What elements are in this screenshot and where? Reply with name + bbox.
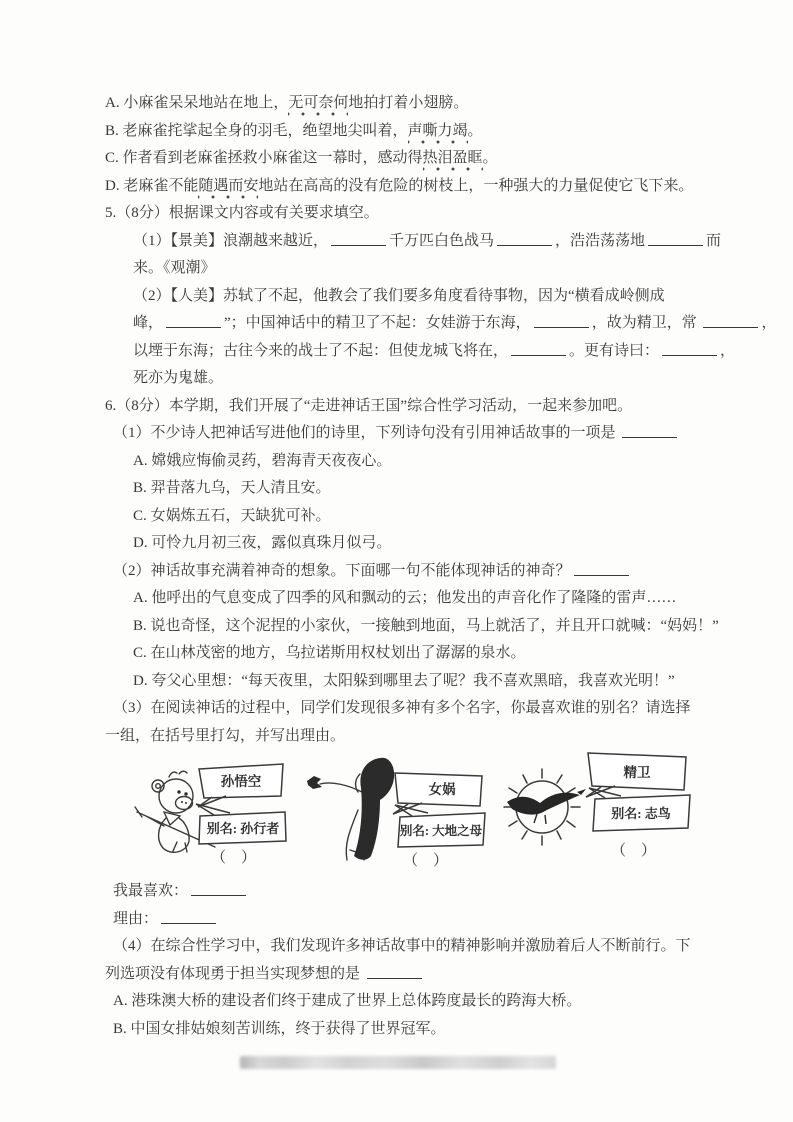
- bird-beak: [577, 789, 586, 795]
- q6-part1-stem: （1）不少诗人把神话写进他们的诗里，下列诗句没有引用神话故事的一项是: [0, 420, 793, 448]
- q6-part1-option-c: C. 女娲炼五石，天缺犹可补。: [0, 503, 793, 531]
- text-run: ，: [720, 343, 735, 359]
- small-bird: [307, 776, 322, 789]
- text-run: ，浩浩荡荡地: [555, 233, 645, 249]
- text-run: B. 中国女排姑娘刻苦训练，终于获得了世界冠军。: [113, 1021, 446, 1037]
- figure-sun-wukong: 孙悟空 别名: 孙行者 （ ）: [133, 750, 303, 879]
- text-run: B. 老麻雀挓挲起全身的羽毛，绝望地尖叫着，: [105, 123, 408, 139]
- text-run: 死亦为鬼雄。: [133, 370, 223, 386]
- q6-part2-stem: （2）神话故事充满着神奇的想象。下面哪一句不能体现神话的神奇？: [0, 558, 793, 586]
- emphasized-text: 热泪盈眶: [423, 150, 483, 172]
- answer-blank: [703, 314, 758, 328]
- sun-wukong-illustration: 孙悟空 别名: 孙行者 （ ）: [133, 750, 303, 874]
- text-run: D. 夸父心里想：“每天夜里，太阳躲到哪里去了呢？我不喜欢黑暗，我喜欢光明！”: [133, 673, 675, 689]
- text-run: （1）【景美】浪潮越来越近，: [133, 233, 328, 249]
- text-run: 地站在高高的没有危险的树枝上，一种强大的力量促使它飞下来。: [258, 178, 693, 194]
- text-run: 我最喜欢：: [113, 883, 188, 899]
- text-run: 。: [468, 123, 483, 139]
- text-run: D. 老麻雀不能: [105, 178, 198, 194]
- figure-name-label: 孙悟空: [221, 773, 262, 789]
- answer-blank: [161, 910, 216, 924]
- check-parentheses: （ ）: [403, 852, 448, 869]
- q5-part2-line4: 死亦为鬼雄。: [0, 365, 793, 393]
- text-run: B. 说也奇怪，这个泥捏的小家伙，一接触到地面，马上就活了，并且开口就喊：“妈妈…: [133, 618, 719, 634]
- figure-name-label: 精卫: [624, 764, 652, 780]
- emphasized-text: 随遇而安: [198, 178, 258, 200]
- check-parentheses: （ ）: [611, 842, 656, 859]
- text-run: C. 在山林茂密的地方，乌拉诺斯用权杖划出了潺潺的泉水。: [133, 645, 526, 661]
- q6-part4-option-a: A. 港珠澳大桥的建设者们终于建成了世界上总体跨度最长的跨海大桥。: [0, 988, 793, 1016]
- text-run: （2）【人美】苏轼了不起，他教会了我们要多角度看待事物，因为“横看成岭侧成: [133, 288, 665, 304]
- nvwa-illustration: 女娲 别名: 大地之母 （ ）: [300, 750, 490, 876]
- text-run: 列选项没有体现勇于担当实现梦想的是: [105, 966, 364, 982]
- text-run: A. 他呼出的气息变成了四季的风和飘动的云；他发出的声音化作了隆隆的雷声……: [133, 590, 676, 606]
- q6-part4-option-b: B. 中国女排姑娘刻苦训练，终于获得了世界冠军。: [0, 1016, 793, 1044]
- answer-blank: [511, 342, 566, 356]
- q6-part4-stem-line1: （4）在综合性学习中，我们发现许多神话故事中的精神影响并激励着后人不断前行。下: [0, 933, 793, 961]
- answer-blank: [331, 232, 386, 246]
- watermark-bar: [240, 1056, 556, 1069]
- q5-part2-line2: 峰，”；中国神话中的精卫了不起：女娃游于东海，，故为精卫，常 ，: [0, 310, 793, 338]
- text-run: A. 小麻雀呆呆地站在地上，: [105, 95, 288, 111]
- q6-part2-option-b: B. 说也奇怪，这个泥捏的小家伙，一接触到地面，马上就活了，并且开口就喊：“妈妈…: [0, 613, 793, 641]
- figure-jingwei: 精卫 别名: 志鸟 （ ）: [487, 750, 693, 877]
- answer-blank: [166, 314, 221, 328]
- q6-part3-reason: 理由：: [0, 906, 793, 934]
- answer-blank: [648, 232, 703, 246]
- nvwa-hair: [354, 758, 394, 860]
- q4-option-a: A. 小麻雀呆呆地站在地上，无可奈何地拍打着小翅膀。: [0, 90, 793, 118]
- text-run: ”；中国神话中的精卫了不起：女娃游于东海，: [224, 315, 531, 331]
- exam-page: A. 小麻雀呆呆地站在地上，无可奈何地拍打着小翅膀。B. 老麻雀挓挲起全身的羽毛…: [0, 0, 793, 1122]
- text-run: 5.（8分）根据课文内容或有关要求填空。: [105, 205, 379, 221]
- q6-part4-stem-line2: 列选项没有体现勇于担当实现梦想的是: [0, 961, 793, 989]
- q4-option-d: D. 老麻雀不能随遇而安地站在高高的没有危险的树枝上，一种强大的力量促使它飞下来…: [0, 173, 793, 201]
- q6-part1-option-a: A. 嫦娥应悔偷灵药，碧海青天夜夜心。: [0, 448, 793, 476]
- q4-option-c: C. 作者看到老麻雀拯救小麻雀这一幕时，感动得热泪盈眶。: [0, 145, 793, 173]
- text-run: 。更有诗曰：: [569, 343, 659, 359]
- jingwei-illustration: 精卫 别名: 志鸟 （ ）: [487, 750, 693, 872]
- text-run: ，: [761, 315, 776, 331]
- q4-option-b: B. 老麻雀挓挲起全身的羽毛，绝望地尖叫着，声嘶力竭。: [0, 118, 793, 146]
- answer-blank: [191, 882, 246, 896]
- q6-part3-stem-line1: （3）在阅读神话的过程中，同学们发现很多神有多个名字，你最喜欢谁的别名？请选择: [0, 695, 793, 723]
- figure-nvwa: 女娲 别名: 大地之母 （ ）: [300, 750, 490, 881]
- text-run: 。: [483, 150, 498, 166]
- text-run: D. 可怜九月初三夜，露似真珠月似弓。: [133, 535, 391, 551]
- emphasized-text: 声嘶力竭: [408, 123, 468, 145]
- text-run: A. 港珠澳大桥的建设者们终于建成了世界上总体跨度最长的跨海大桥。: [113, 993, 581, 1009]
- text-run: C. 作者看到老麻雀拯救小麻雀这一幕时，感动得: [105, 150, 423, 166]
- text-run: B. 羿昔落九乌，天人清且安。: [133, 480, 331, 496]
- text-run: 一组，在括号里打勾，并写出理由。: [105, 728, 345, 744]
- q5-header: 5.（8分）根据课文内容或有关要求填空。: [0, 200, 793, 228]
- q6-part2-option-c: C. 在山林茂密的地方，乌拉诺斯用权杖划出了潺潺的泉水。: [0, 640, 793, 668]
- text-run: C. 女娲炼五石，天缺犹可补。: [133, 508, 331, 524]
- answer-blank: [367, 965, 422, 979]
- text-run: 来。《观潮》: [133, 260, 216, 276]
- emphasized-text: 无可奈何: [288, 95, 348, 117]
- text-run: 理由：: [113, 911, 158, 927]
- text-run: A. 嫦娥应悔偷灵药，碧海青天夜夜心。: [133, 453, 391, 469]
- q5-part2-line1: （2）【人美】苏轼了不起，他教会了我们要多角度看待事物，因为“横看成岭侧成: [0, 283, 793, 311]
- figure-name-label: 女娲: [429, 781, 456, 797]
- text-run: （2）神话故事充满着神奇的想象。下面哪一句不能体现神话的神奇？: [113, 563, 571, 579]
- text-run: 6.（8分）本学期，我们开展了“走进神话王国”综合性学习活动，一起来参加吧。: [105, 398, 632, 414]
- q5-part1-line2: 来。《观潮》: [0, 255, 793, 283]
- answer-blank: [574, 562, 629, 576]
- text-run: 地拍打着小翅膀。: [348, 95, 468, 111]
- text-run: 以堙于东海；古往今来的战士了不起：但使龙城飞将在，: [133, 343, 508, 359]
- text-run: 而: [706, 233, 721, 249]
- text-run: ，故为精卫，常: [592, 315, 701, 331]
- answer-blank: [497, 232, 552, 246]
- q6-header: 6.（8分）本学期，我们开展了“走进神话王国”综合性学习活动，一起来参加吧。: [0, 393, 793, 421]
- q5-part2-line3: 以堙于东海；古往今来的战士了不起：但使龙城飞将在，。更有诗曰：，: [0, 338, 793, 366]
- check-parentheses: （ ）: [211, 849, 256, 866]
- text-run: （1）不少诗人把神话写进他们的诗里，下列诗句没有引用神话故事的一项是: [113, 425, 619, 441]
- figure-row: 孙悟空 别名: 孙行者 （ ）: [0, 750, 793, 878]
- text-block-top: A. 小麻雀呆呆地站在地上，无可奈何地拍打着小翅膀。B. 老麻雀挓挲起全身的羽毛…: [0, 0, 793, 750]
- q6-part3-favorite: 我最喜欢：: [0, 878, 793, 906]
- text-block-bottom: 我最喜欢：理由：（4）在综合性学习中，我们发现许多神话故事中的精神影响并激励着后…: [0, 878, 793, 1043]
- figure-alias-label: 别名: 志鸟: [611, 806, 671, 821]
- q6-part2-option-d: D. 夸父心里想：“每天夜里，太阳躲到哪里去了呢？我不喜欢黑暗，我喜欢光明！”: [0, 668, 793, 696]
- text-run: 千万匹白色战马: [389, 233, 494, 249]
- text-run: （4）在综合性学习中，我们发现许多神话故事中的精神影响并激励着后人不断前行。下: [113, 938, 691, 954]
- text-run: 峰，: [133, 315, 163, 331]
- q6-part1-option-d: D. 可怜九月初三夜，露似真珠月似弓。: [0, 530, 793, 558]
- figure-alias-label: 别名: 大地之母: [400, 823, 483, 838]
- q6-part2-option-a: A. 他呼出的气息变成了四季的风和飘动的云；他发出的声音化作了隆隆的雷声……: [0, 585, 793, 613]
- figure-alias-label: 别名: 孙行者: [207, 821, 280, 836]
- answer-blank: [622, 424, 677, 438]
- q5-part1-line1: （1）【景美】浪潮越来越近，千万匹白色战马，浩浩荡荡地而: [0, 228, 793, 256]
- answer-blank: [662, 342, 717, 356]
- q6-part1-option-b: B. 羿昔落九乌，天人清且安。: [0, 475, 793, 503]
- text-run: （3）在阅读神话的过程中，同学们发现很多神有多个名字，你最喜欢谁的别名？请选择: [113, 700, 691, 716]
- answer-blank: [534, 314, 589, 328]
- bird-legs: [534, 814, 546, 824]
- q6-part3-stem-line2: 一组，在括号里打勾，并写出理由。: [0, 723, 793, 751]
